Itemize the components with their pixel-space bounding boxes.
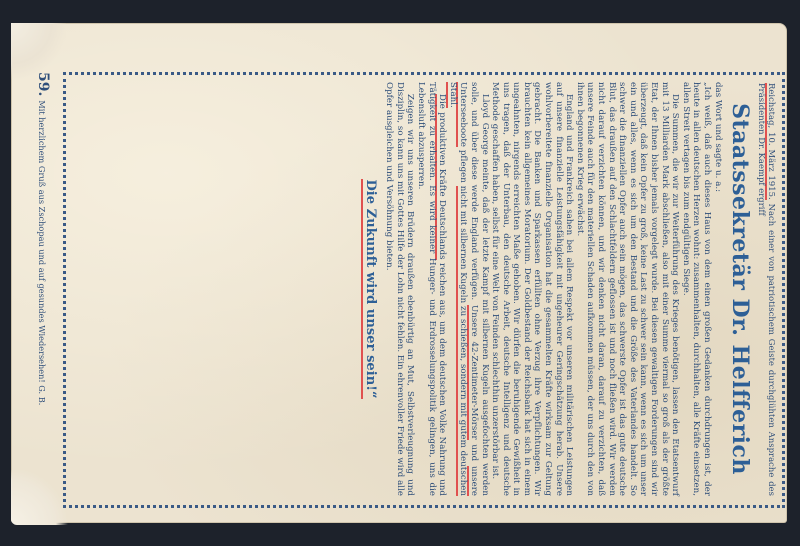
intro-date: Reichstag, 10. März 1915. bbox=[765, 83, 777, 200]
paragraph: Die produktiven Kräfte Deutschlands reic… bbox=[415, 82, 447, 496]
card-number: 59. bbox=[35, 72, 51, 96]
paragraph: Lloyd George meinte, daß der letzte Kamp… bbox=[447, 82, 489, 496]
greeting-text: Mit herzlichem Gruß aus Zschopau und auf… bbox=[37, 100, 47, 405]
paragraph: England und Frankreich sahen bei allem R… bbox=[490, 82, 575, 496]
closing-text: Die Zukunft wird unser sein!“ bbox=[361, 179, 378, 398]
underlined-text: Die produktiven Kräfte Deutschlands bbox=[435, 94, 447, 260]
underlined-text: Unsere 42-Zentimeter-Mörser bbox=[467, 305, 479, 440]
card-text-block: Reichstag, 10. März 1915. Nach einer von… bbox=[360, 82, 777, 496]
rotated-card-content: Reichstag, 10. März 1915. Nach einer von… bbox=[63, 72, 785, 508]
closing-line: Die Zukunft wird unser sein!“ bbox=[360, 82, 380, 496]
paragraph: Die Summen, die wir zur Weiterführung de… bbox=[574, 82, 680, 496]
text: und bbox=[469, 440, 479, 466]
text: Die Summen, die wir zur Weiterführung de… bbox=[575, 82, 680, 496]
text: pflegen bbox=[458, 147, 468, 186]
intro-after: das Wort und sagte u. a.: bbox=[712, 82, 723, 496]
footer-greeting: 59.Mit herzlichem Gruß aus Zschopau und … bbox=[37, 72, 48, 512]
page-title: Staatssekretär Dr. Helfferich bbox=[725, 82, 755, 496]
text: Zeigen wir uns unseren Brüdern draußen e… bbox=[384, 82, 415, 496]
text: „Ich weiß, daß auch dieses Haus von dem … bbox=[681, 82, 712, 496]
intro-line: Reichstag, 10. März 1915. Nach einer von… bbox=[757, 83, 777, 496]
paragraph: „Ich weiß, daß auch dieses Haus von dem … bbox=[680, 82, 712, 496]
paragraph: Zeigen wir uns unseren Brüdern draußen e… bbox=[384, 82, 416, 496]
text: England und Frankreich sahen bei allem R… bbox=[490, 82, 574, 496]
body-paragraphs: „Ich weiß, daß auch dieses Haus von dem … bbox=[384, 82, 712, 496]
